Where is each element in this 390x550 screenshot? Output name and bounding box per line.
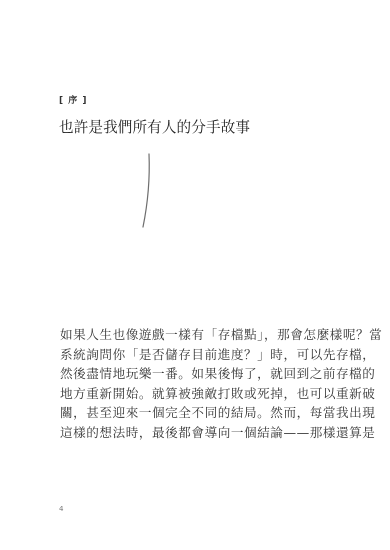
body-line: 關，甚至迎來一個完全不同的結局。然而，每當我出現 <box>60 403 318 423</box>
body-line: 如果人生也像遊戲一樣有「存檔點」，那會怎麼樣呢？當 <box>60 325 318 345</box>
section-tag: [ 序 ] <box>59 93 88 106</box>
chapter-title: 也許是我們所有人的分手故事 <box>59 118 250 138</box>
body-line: 然後盡情地玩樂一番。如果後悔了，就回到之前存檔的 <box>60 364 318 384</box>
curved-line-ornament-icon <box>138 150 158 232</box>
body-line: 地方重新開始。就算被強敵打敗或死掉，也可以重新破 <box>60 384 318 404</box>
body-paragraph: 如果人生也像遊戲一樣有「存檔點」，那會怎麼樣呢？當 系統詢問你「是否儲存目前進度… <box>60 325 318 442</box>
body-line: 系統詢問你「是否儲存目前進度？」時，可以先存檔， <box>60 345 318 365</box>
page-number: 4 <box>59 505 63 513</box>
body-line: 這樣的想法時，最後都會導向一個結論——那樣還算是 <box>60 423 318 443</box>
